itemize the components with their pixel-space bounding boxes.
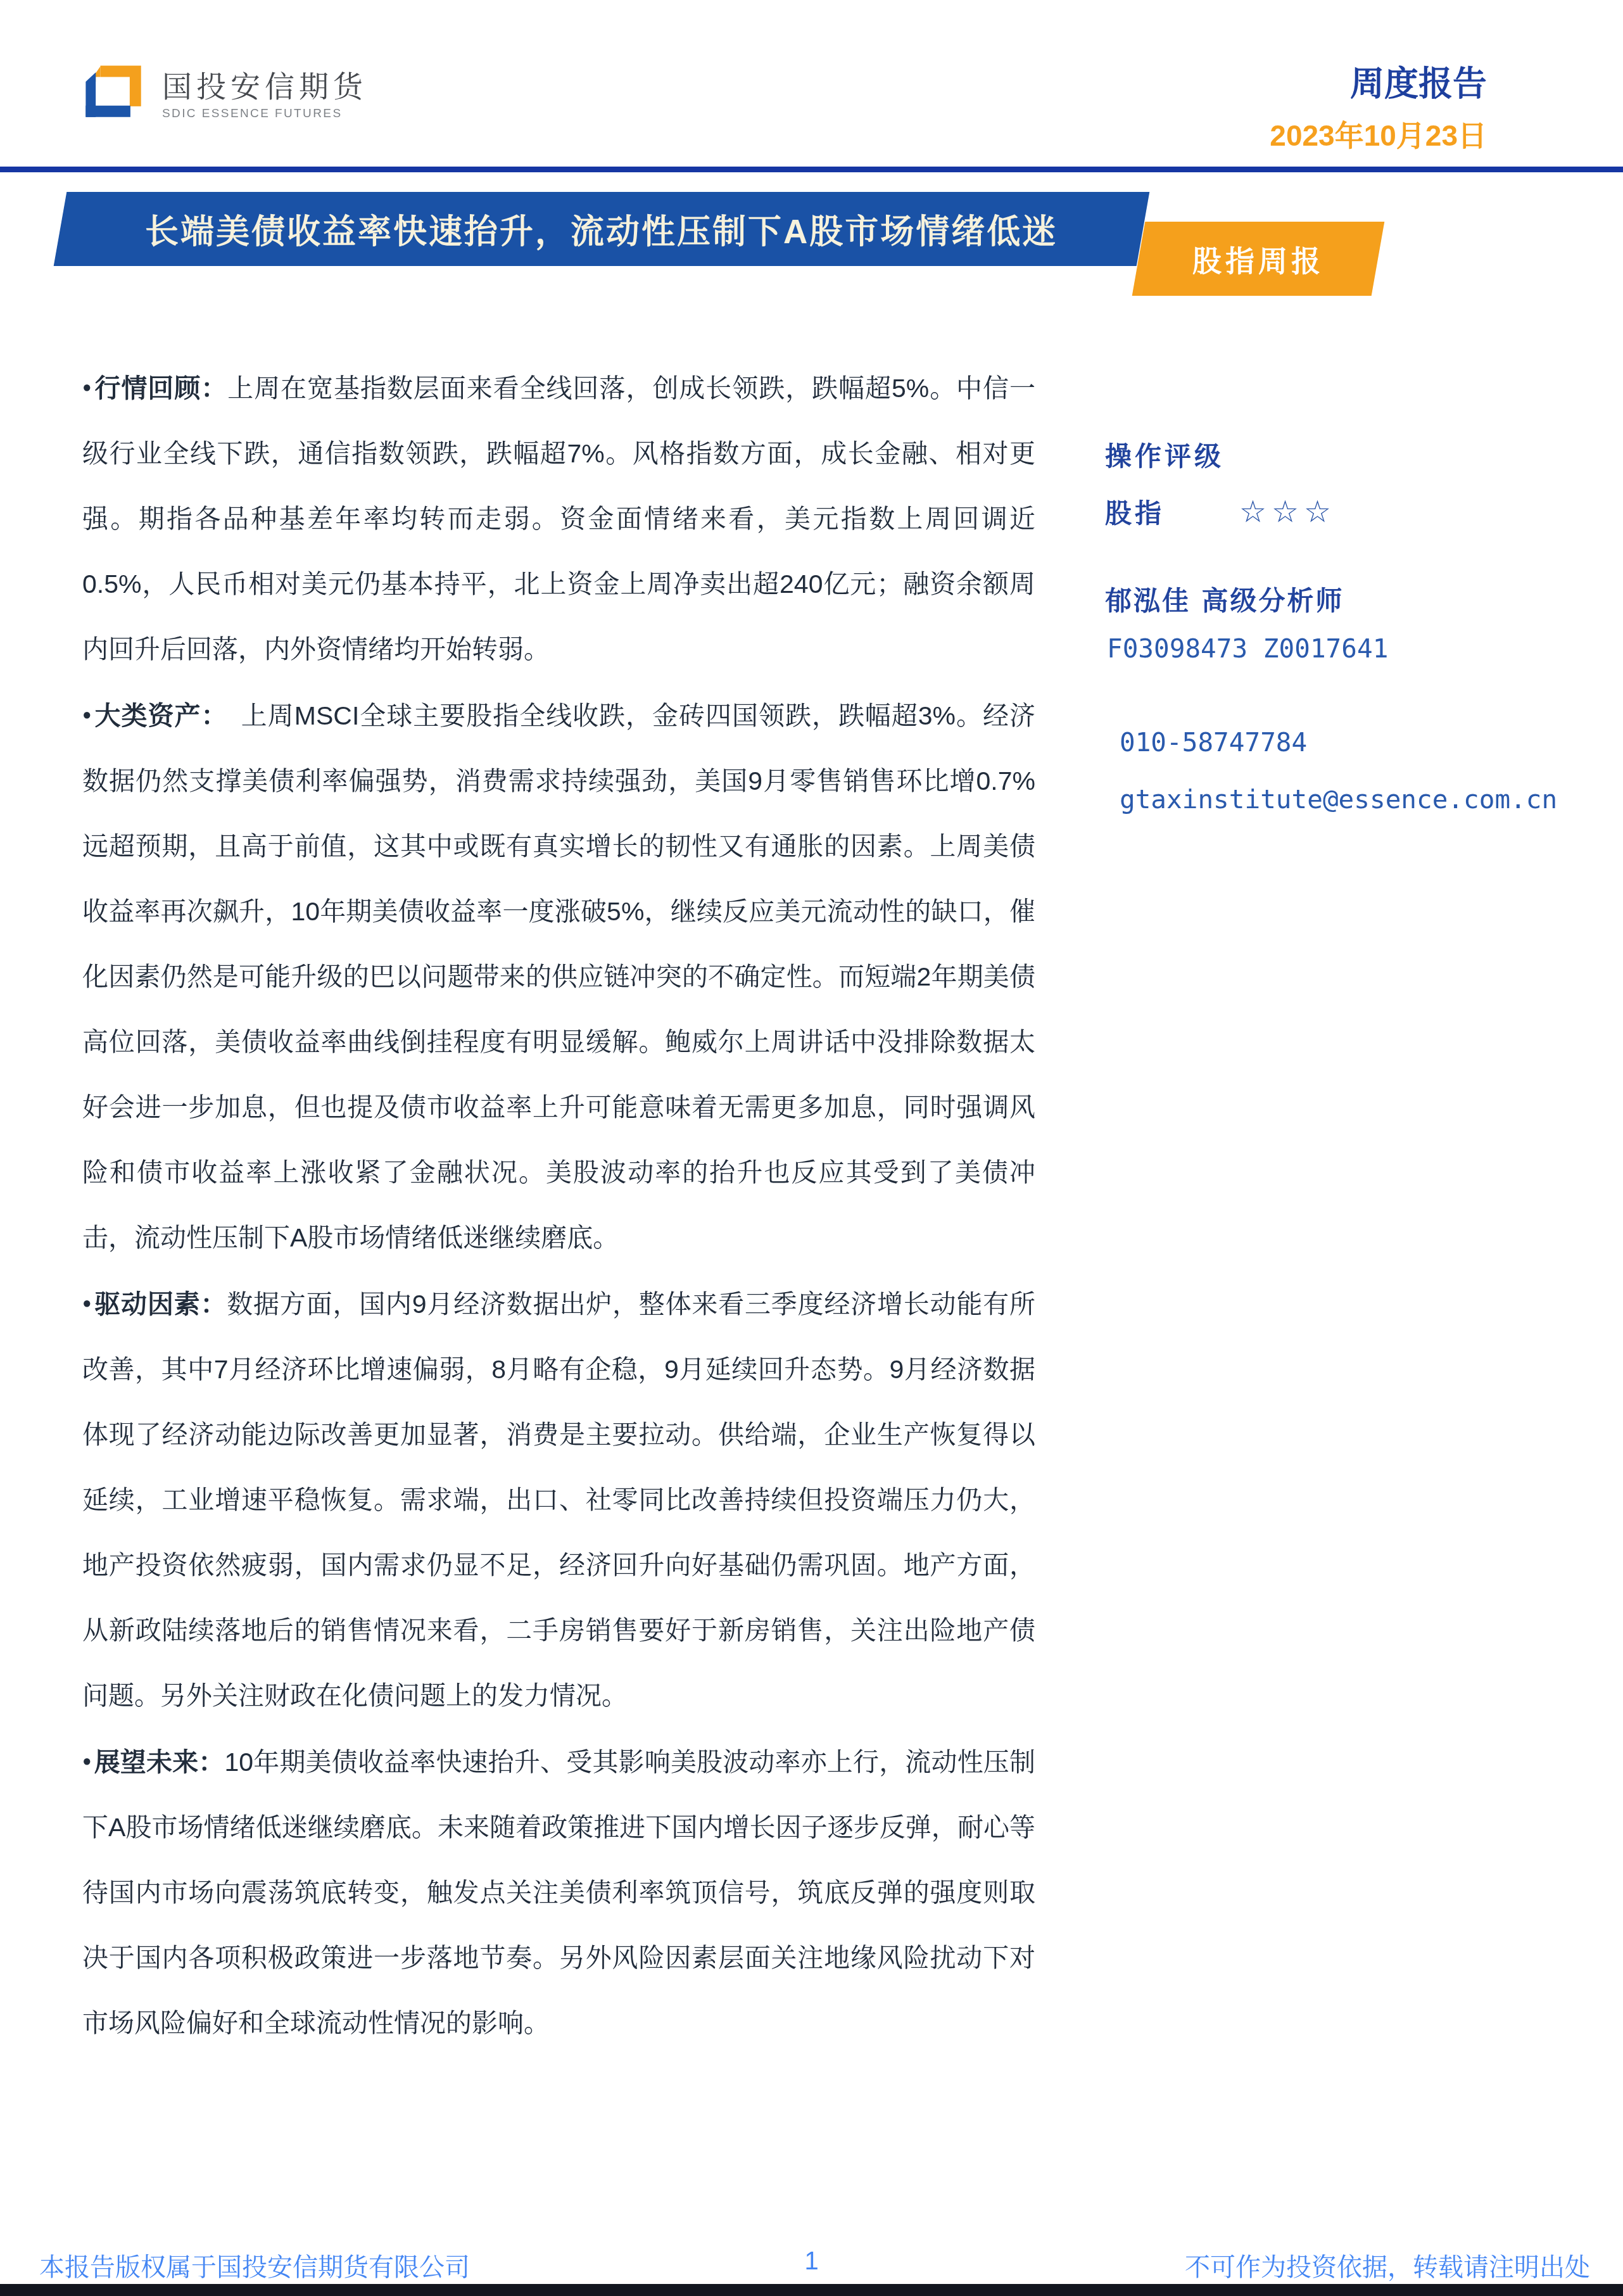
analyst-email: gtaxinstitute@essence.com.cn bbox=[1120, 784, 1557, 815]
company-logo: 国投安信期货 SDIC ESSENCE FUTURES bbox=[81, 58, 367, 133]
bullet-icon: ● bbox=[82, 706, 92, 723]
rating-instrument: 股指 bbox=[1105, 493, 1165, 531]
analyst-credentials: F03098473 Z0017641 bbox=[1107, 633, 1388, 664]
title-banner: 长端美债收益率快速抬升，流动性压制下A股市场情绪低迷 bbox=[54, 192, 1150, 266]
page-bottom-edge bbox=[0, 2284, 1623, 2296]
paragraph-label: 驱动因素： bbox=[94, 1290, 227, 1319]
paragraph-outlook: ●展望未来：10年期美债收益率快速抬升、受其影响美股波动率亦上行，流动性压制下A… bbox=[82, 1728, 1035, 2056]
rating-stars-icon: ☆☆☆ bbox=[1239, 494, 1336, 530]
analyst-phone: 010-58747784 bbox=[1120, 727, 1307, 758]
report-title: 长端美债收益率快速抬升，流动性压制下A股市场情绪低迷 bbox=[145, 205, 1058, 253]
logo-name-en: SDIC ESSENCE FUTURES bbox=[162, 108, 367, 120]
paragraph-text: 上周MSCI全球主要股指全线收跌，金砖四国领跌，跌幅超3%。经济数据仍然支撑美债… bbox=[82, 701, 1035, 1252]
report-date: 2023年10月23日 bbox=[1270, 120, 1487, 152]
analyst-name: 郁泓佳 高级分析师 bbox=[1105, 580, 1344, 618]
paragraph-asset-classes: ●大类资产： 上周MSCI全球主要股指全线收跌，金砖四国领跌，跌幅超3%。经济数… bbox=[82, 682, 1035, 1271]
paragraph-text: 数据方面，国内9月经济数据出炉，整体来看三季度经济增长动能有所改善，其中7月经济… bbox=[82, 1290, 1035, 1710]
paragraph-drivers: ●驱动因素：数据方面，国内9月经济数据出炉，整体来看三季度经济增长动能有所改善，… bbox=[82, 1271, 1035, 1728]
bullet-icon: ● bbox=[82, 1753, 92, 1770]
paragraph-market-review: ●行情回顾：上周在宽基指数层面来看全线回落，创成长领跌，跌幅超5%。中信一级行业… bbox=[82, 355, 1035, 682]
footer-disclaimer: 不可作为投资依据，转载请注明出处 bbox=[1185, 2247, 1590, 2283]
header-right: 周度报告 2023年10月23日 bbox=[1270, 66, 1487, 152]
header-divider bbox=[0, 167, 1623, 172]
rating-row: 股指 ☆☆☆ bbox=[1105, 493, 1336, 531]
logo-text: 国投安信期货 SDIC ESSENCE FUTURES bbox=[162, 72, 367, 120]
paragraph-text: 10年期美债收益率快速抬升、受其影响美股波动率亦上行，流动性压制下A股市场情绪低… bbox=[82, 1747, 1035, 2038]
report-type-label: 周度报告 bbox=[1270, 66, 1487, 103]
bullet-icon: ● bbox=[82, 1295, 92, 1312]
category-badge-label: 股指周报 bbox=[1192, 238, 1324, 280]
rating-section-title: 操作评级 bbox=[1105, 436, 1224, 474]
report-body: ●行情回顾：上周在宽基指数层面来看全线回落，创成长领跌，跌幅超5%。中信一级行业… bbox=[82, 355, 1035, 2056]
paragraph-label: 展望未来： bbox=[94, 1747, 225, 1777]
footer-copyright: 本报告版权属于国投安信期货有限公司 bbox=[39, 2247, 470, 2283]
logo-name-cn: 国投安信期货 bbox=[162, 72, 367, 101]
paragraph-text: 上周在宽基指数层面来看全线回落，创成长领跌，跌幅超5%。中信一级行业全线下跌，通… bbox=[82, 374, 1035, 664]
category-badge: 股指周报 bbox=[1132, 222, 1385, 296]
paragraph-label: 行情回顾： bbox=[94, 374, 227, 403]
bullet-icon: ● bbox=[82, 379, 92, 396]
report-page: 国投安信期货 SDIC ESSENCE FUTURES 周度报告 2023年10… bbox=[0, 0, 1623, 2296]
sdic-logo-icon bbox=[81, 58, 144, 133]
paragraph-label: 大类资产： bbox=[94, 701, 214, 730]
